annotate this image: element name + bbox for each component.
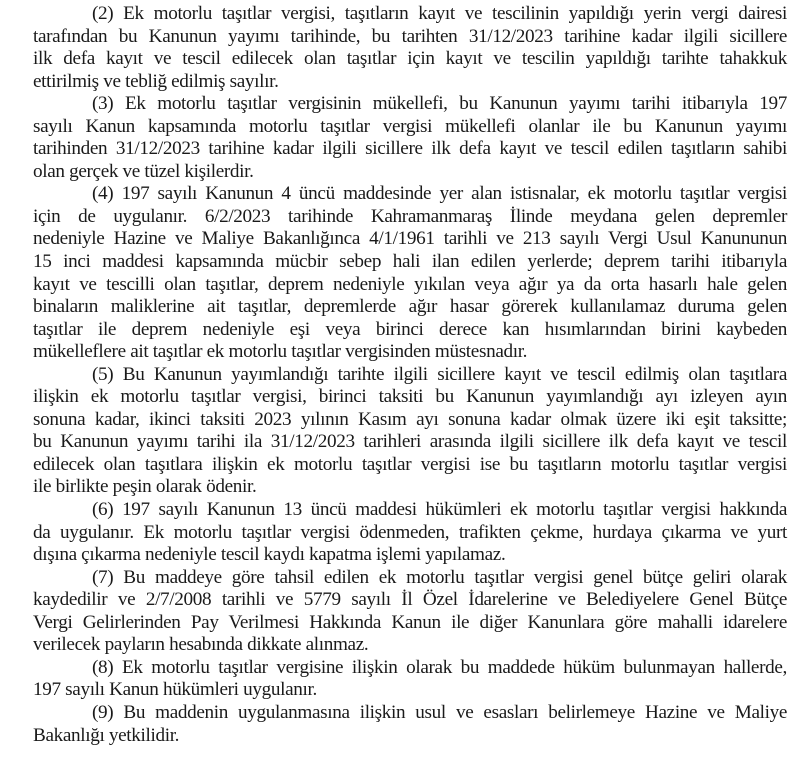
text-line: bu Kanunun yayımı tarihi ila 31/12/2023 …	[33, 431, 787, 454]
text-line: (6) 197 sayılı Kanunun 13 üncü maddesi h…	[33, 499, 787, 522]
paragraph-2: (2) Ek motorlu taşıtlar vergisi, taşıtla…	[33, 3, 787, 93]
text-line: binaların maliklerine ait taşıtlar, depr…	[33, 296, 787, 319]
text-line: sayılı Kanun kapsamında motorlu taşıtlar…	[33, 116, 787, 139]
text-line: (5) Bu Kanunun yayımlandığı tarihte ilgi…	[33, 364, 787, 387]
text-line: Bakanlığı yetkilidir.	[33, 725, 787, 748]
text-line: ettirilmiş ve tebliğ edilmiş sayılır.	[33, 71, 787, 94]
paragraph-3: (3) Ek motorlu taşıtlar vergisinin mükel…	[33, 93, 787, 183]
text-line: da uygulanır. Ek motorlu taşıtlar vergis…	[33, 522, 787, 545]
text-line: ilişkin ek motorlu taşıtlar vergisi, bir…	[33, 386, 787, 409]
text-line: tarafından bu Kanunun yayımı tarihinde, …	[33, 26, 787, 49]
text-line: edilecek olan taşıtlara ilişkin ek motor…	[33, 454, 787, 477]
paragraph-9: (9) Bu maddenin uygulanmasına ilişkin us…	[33, 702, 787, 747]
text-line: dışına çıkarma nedeniyle tescil kaydı ka…	[33, 544, 787, 567]
text-line: Vergi Gelirlerinden Pay Verilmesi Hakkın…	[33, 612, 787, 635]
text-line: 15 inci maddesi kapsamında mücbir sebep …	[33, 251, 787, 274]
paragraph-8: (8) Ek motorlu taşıtlar vergisine ilişki…	[33, 657, 787, 702]
text-line: olan gerçek ve tüzel kişilerdir.	[33, 161, 787, 184]
text-line: mükelleflere ait taşıtlar ek motorlu taş…	[33, 341, 787, 364]
text-line: için de uygulanır. 6/2/2023 tarihinde Ka…	[33, 206, 787, 229]
text-line: (2) Ek motorlu taşıtlar vergisi, taşıtla…	[33, 3, 787, 26]
text-line: (7) Bu maddeye göre tahsil edilen ek mot…	[33, 567, 787, 590]
text-line: (3) Ek motorlu taşıtlar vergisinin mükel…	[33, 93, 787, 116]
text-line: ilk defa kayıt ve tescil edilecek olan t…	[33, 48, 787, 71]
text-line: (9) Bu maddenin uygulanmasına ilişkin us…	[33, 702, 787, 725]
law-text-page: (2) Ek motorlu taşıtlar vergisi, taşıtla…	[33, 3, 787, 747]
paragraph-7: (7) Bu maddeye göre tahsil edilen ek mot…	[33, 567, 787, 657]
text-line: kayıt ve tescilli olan taşıtlar, deprem …	[33, 274, 787, 297]
text-line: kaydedilir ve 2/7/2008 tarihli ve 5779 s…	[33, 589, 787, 612]
paragraph-6: (6) 197 sayılı Kanunun 13 üncü maddesi h…	[33, 499, 787, 567]
text-line: verilecek payların hesabında dikkate alı…	[33, 634, 787, 657]
text-line: sonuna kadar, ikinci taksiti 2023 yılını…	[33, 409, 787, 432]
text-line: taşıtlar ile deprem nedeniyle eşi veya b…	[33, 319, 787, 342]
text-line: tarihinden 31/12/2023 tarihine kadar ilg…	[33, 138, 787, 161]
paragraph-4: (4) 197 sayılı Kanunun 4 üncü maddesinde…	[33, 183, 787, 363]
text-line: nedeniyle Hazine ve Maliye Bakanlığınca …	[33, 228, 787, 251]
text-line: 197 sayılı Kanun hükümleri uygulanır.	[33, 679, 787, 702]
text-line: (4) 197 sayılı Kanunun 4 üncü maddesinde…	[33, 183, 787, 206]
paragraph-5: (5) Bu Kanunun yayımlandığı tarihte ilgi…	[33, 364, 787, 499]
text-line: ile birlikte peşin olarak ödenir.	[33, 476, 787, 499]
text-line: (8) Ek motorlu taşıtlar vergisine ilişki…	[33, 657, 787, 680]
